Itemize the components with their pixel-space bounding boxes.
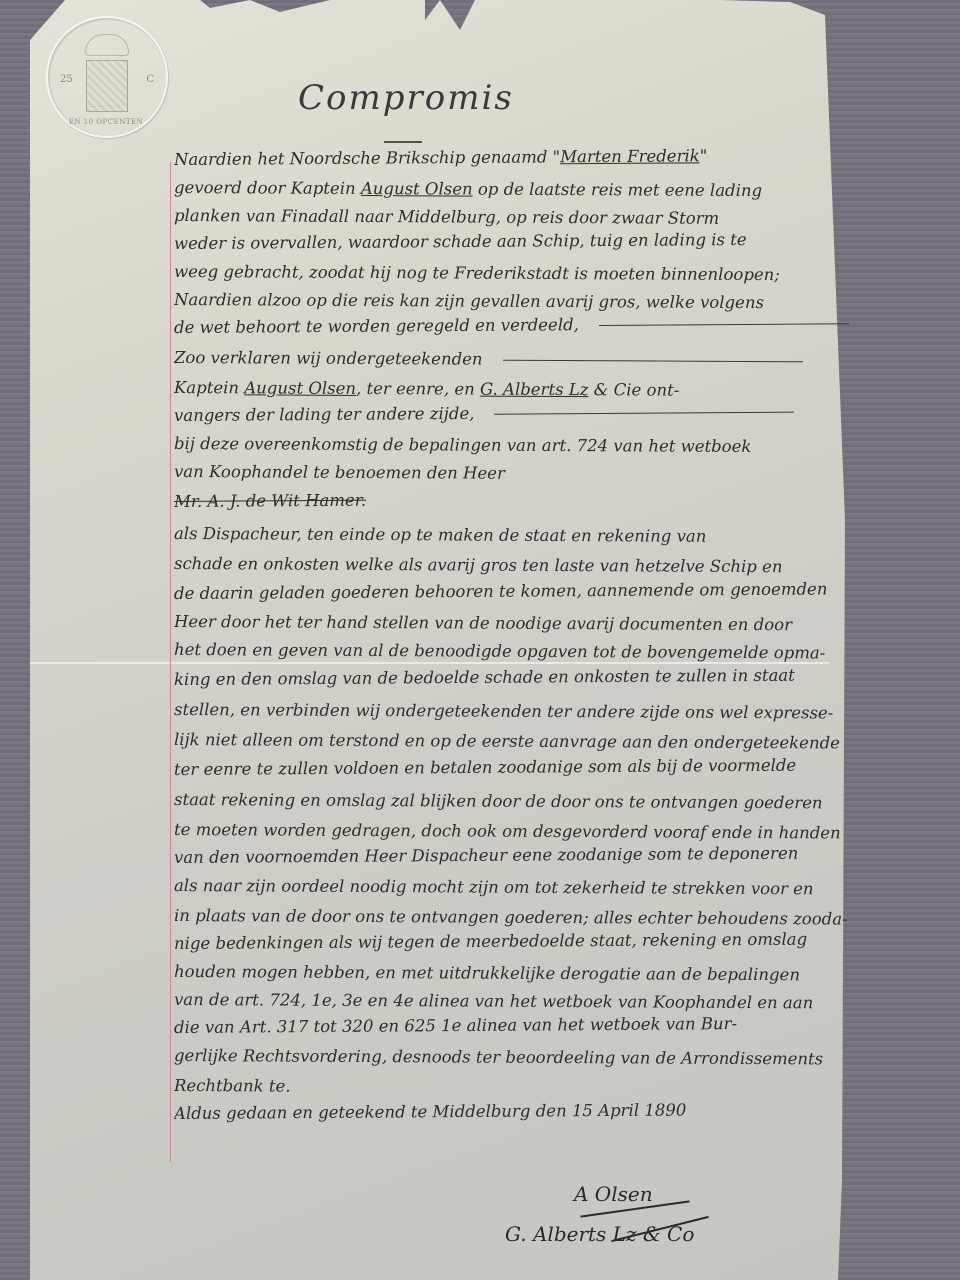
crown-icon (85, 34, 129, 56)
title-underline (384, 141, 422, 143)
text-line: van Koophandel te benoemen den Heer (174, 462, 850, 485)
underlined-name: August Olsen (361, 179, 473, 199)
stamp-value-left: 25 (60, 74, 73, 85)
text-span: schade en onkosten welke als avarij gros… (174, 554, 783, 576)
filler-line (503, 360, 803, 363)
text-span: gerlijke Rechtsvordering, desnoods ter b… (174, 1046, 823, 1068)
embossed-stamp-seal: 25 C EN 10 OPCENTEN (46, 16, 168, 138)
text-line: houden mogen hebben, en met uitdrukkelij… (174, 962, 850, 985)
struck-text: Mr. A. J. de Wit Hamer. (174, 491, 366, 511)
text-line: als Dispacheur, ten einde op te maken de… (174, 524, 850, 547)
underlined-name: August Olsen (244, 378, 356, 398)
text-line: bij deze overeenkomstig de bepalingen va… (174, 434, 850, 457)
text-span: Naardien het Noordsche Brikschip genaamd… (174, 147, 560, 169)
stamp-legend: EN 10 OPCENTEN (66, 118, 146, 126)
filler-line (599, 323, 849, 326)
text-line: Heer door het ter hand stellen van de no… (174, 612, 850, 635)
text-span: Kaptein (174, 378, 244, 397)
text-line: van de art. 724, 1e, 3e en 4e alinea van… (174, 990, 850, 1013)
paper-fold (30, 662, 830, 664)
text-span: staat rekening en omslag zal blijken doo… (174, 790, 823, 812)
text-span: bij deze overeenkomstig de bepalingen va… (174, 434, 752, 456)
text-line: Rechtbank te. (174, 1076, 850, 1099)
text-span: & Cie ont- (588, 380, 679, 399)
text-span: gevoerd door Kaptein (174, 178, 361, 198)
text-span: de wet behoort te worden geregeld en ver… (174, 315, 579, 337)
text-span: weeg gebracht, zoodat hij nog te Frederi… (174, 262, 780, 284)
text-line: het doen en geven van al de benoodigde o… (174, 640, 850, 663)
text-line: gevoerd door Kaptein August Olsen op de … (174, 178, 850, 201)
text-span: lijk niet alleen om terstond en op de ee… (174, 730, 840, 752)
text-span: vangers der lading ter andere zijde, (174, 404, 475, 425)
text-span: als naar zijn oordeel noodig mocht zijn … (174, 876, 814, 898)
document-title: Compromis (298, 78, 514, 118)
stamp-value-right: C (146, 74, 154, 85)
text-span: Aldus gedaan en geteekend te Middelburg … (174, 1100, 686, 1123)
underlined-name: Marten Frederik (560, 146, 700, 166)
margin-line (170, 162, 171, 1162)
text-span: in plaats van de door ons te ontvangen g… (174, 906, 848, 929)
text-span: , ter eenre, en (356, 379, 480, 399)
filler-line (494, 412, 794, 415)
text-line: planken van Finadall naar Middelburg, op… (174, 206, 850, 229)
text-line: schade en onkosten welke als avarij gros… (174, 554, 850, 577)
text-span: op de laatste reis met eene lading (473, 180, 763, 201)
text-span: stellen, en verbinden wij ondergeteekend… (174, 700, 833, 722)
text-span: " (700, 146, 708, 165)
text-line: stellen, en verbinden wij ondergeteekend… (174, 700, 850, 723)
text-line: gerlijke Rechtsvordering, desnoods ter b… (174, 1046, 850, 1069)
text-line: in plaats van de door ons te ontvangen g… (174, 906, 850, 929)
text-span: die van Art. 317 tot 320 en 625 1e aline… (174, 1014, 737, 1037)
text-span: weder is overvallen, waardoor schade aan… (174, 230, 747, 253)
text-span: te moeten worden gedragen, doch ook om d… (174, 820, 841, 842)
signature-olsen: A Olsen (574, 1182, 653, 1206)
text-line: als naar zijn oordeel noodig mocht zijn … (174, 876, 850, 899)
text-line: Kaptein August Olsen, ter eenre, en G. A… (174, 378, 850, 401)
text-line: weeg gebracht, zoodat hij nog te Frederi… (174, 262, 850, 285)
text-span: als Dispacheur, ten einde op te maken de… (174, 524, 707, 546)
text-span: van Koophandel te benoemen den Heer (174, 462, 505, 483)
text-span: Heer door het ter hand stellen van de no… (174, 612, 792, 634)
text-line: lijk niet alleen om terstond en op de ee… (174, 730, 850, 753)
text-line: te moeten worden gedragen, doch ook om d… (174, 820, 850, 843)
text-span: het doen en geven van al de benoodigde o… (174, 640, 825, 662)
text-line: Zoo verklaren wij ondergeteekenden (174, 348, 850, 371)
text-span: planken van Finadall naar Middelburg, op… (174, 206, 719, 228)
text-span: houden mogen hebben, en met uitdrukkelij… (174, 962, 800, 984)
text-line: Naardien alzoo op die reis kan zijn geva… (174, 290, 850, 313)
text-span: van de art. 724, 1e, 3e en 4e alinea van… (174, 990, 813, 1012)
coat-of-arms-icon (86, 60, 128, 112)
text-span: Rechtbank te. (174, 1076, 291, 1096)
underlined-name: G. Alberts Lz (480, 380, 589, 400)
text-span: Naardien alzoo op die reis kan zijn geva… (174, 290, 764, 312)
text-line: staat rekening en omslag zal blijken doo… (174, 790, 850, 813)
text-span: Zoo verklaren wij ondergeteekenden (174, 348, 483, 369)
